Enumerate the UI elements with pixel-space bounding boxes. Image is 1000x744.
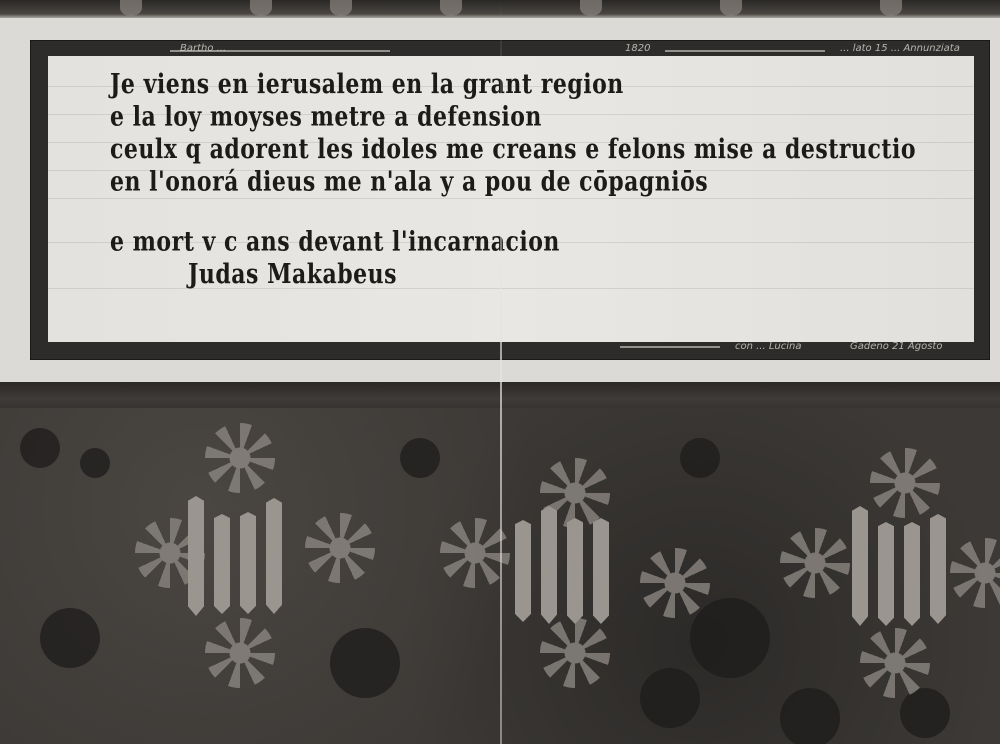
- dark-flower-motif: [400, 438, 440, 478]
- gothic-inscription: Je viens en ierusalem en la grant region…: [110, 68, 916, 291]
- photo-crease: [500, 0, 502, 744]
- inscription-date-line: e mort v c ans devant l'incarnacion: [110, 226, 916, 259]
- graffiti-top-right: ... lato 15 ... Annunziata: [840, 43, 960, 54]
- scratch-mark: [170, 50, 390, 52]
- dark-flower-motif: [640, 668, 700, 728]
- inscription-line-4: en l'onorá dieus me n'ala y a pou de cōp…: [110, 166, 916, 199]
- inscription-name-line: Judas Makabeus: [110, 258, 916, 291]
- dark-flower-motif: [680, 438, 720, 478]
- frieze-leaf: [580, 0, 602, 16]
- frieze-leaf: [120, 0, 142, 16]
- stencil-rosette: [205, 423, 275, 493]
- frieze-leaf: [880, 0, 902, 16]
- stencil-rosette: [305, 513, 375, 583]
- graffiti-top-left: Bartho ...: [180, 43, 226, 54]
- stencil-rosette: [640, 548, 710, 618]
- ihs-monogram: ihs: [852, 506, 946, 626]
- stencil-rosette: [780, 528, 850, 598]
- inscription-line-3: ceulx q adorent les idoles me creans e f…: [110, 133, 916, 166]
- dark-flower-motif: [20, 428, 60, 468]
- inscription-line-1: Je viens en ierusalem en la grant region: [110, 68, 916, 101]
- frieze-leaf: [720, 0, 742, 16]
- graffiti-year: 1820: [625, 43, 650, 54]
- dark-flower-motif: [330, 628, 400, 698]
- dark-fleur-de-lis-motif: [690, 598, 770, 678]
- stencil-rosette: [205, 618, 275, 688]
- dark-flower-motif: [780, 688, 840, 744]
- inscription-line-2: e la loy moyses metre a defension: [110, 101, 916, 134]
- dark-flower-motif: [80, 448, 110, 478]
- ihs-monogram: ihs: [515, 506, 609, 624]
- dark-flower-motif: [40, 608, 100, 668]
- stencil-rosette: [540, 618, 610, 688]
- frieze-leaf: [330, 0, 352, 16]
- scratch-mark: [620, 346, 720, 348]
- ihs-monogram: ihs: [188, 496, 282, 616]
- stencil-rosette: [950, 538, 1000, 608]
- graffiti-bottom-right-1: con ... Lucina: [735, 341, 802, 352]
- stencil-rosette: [860, 628, 930, 698]
- frieze-leaf: [440, 0, 462, 16]
- scratch-mark: [665, 50, 825, 52]
- frieze-leaf: [250, 0, 272, 16]
- graffiti-bottom-right-2: Gadeno 21 Agosto: [850, 341, 942, 352]
